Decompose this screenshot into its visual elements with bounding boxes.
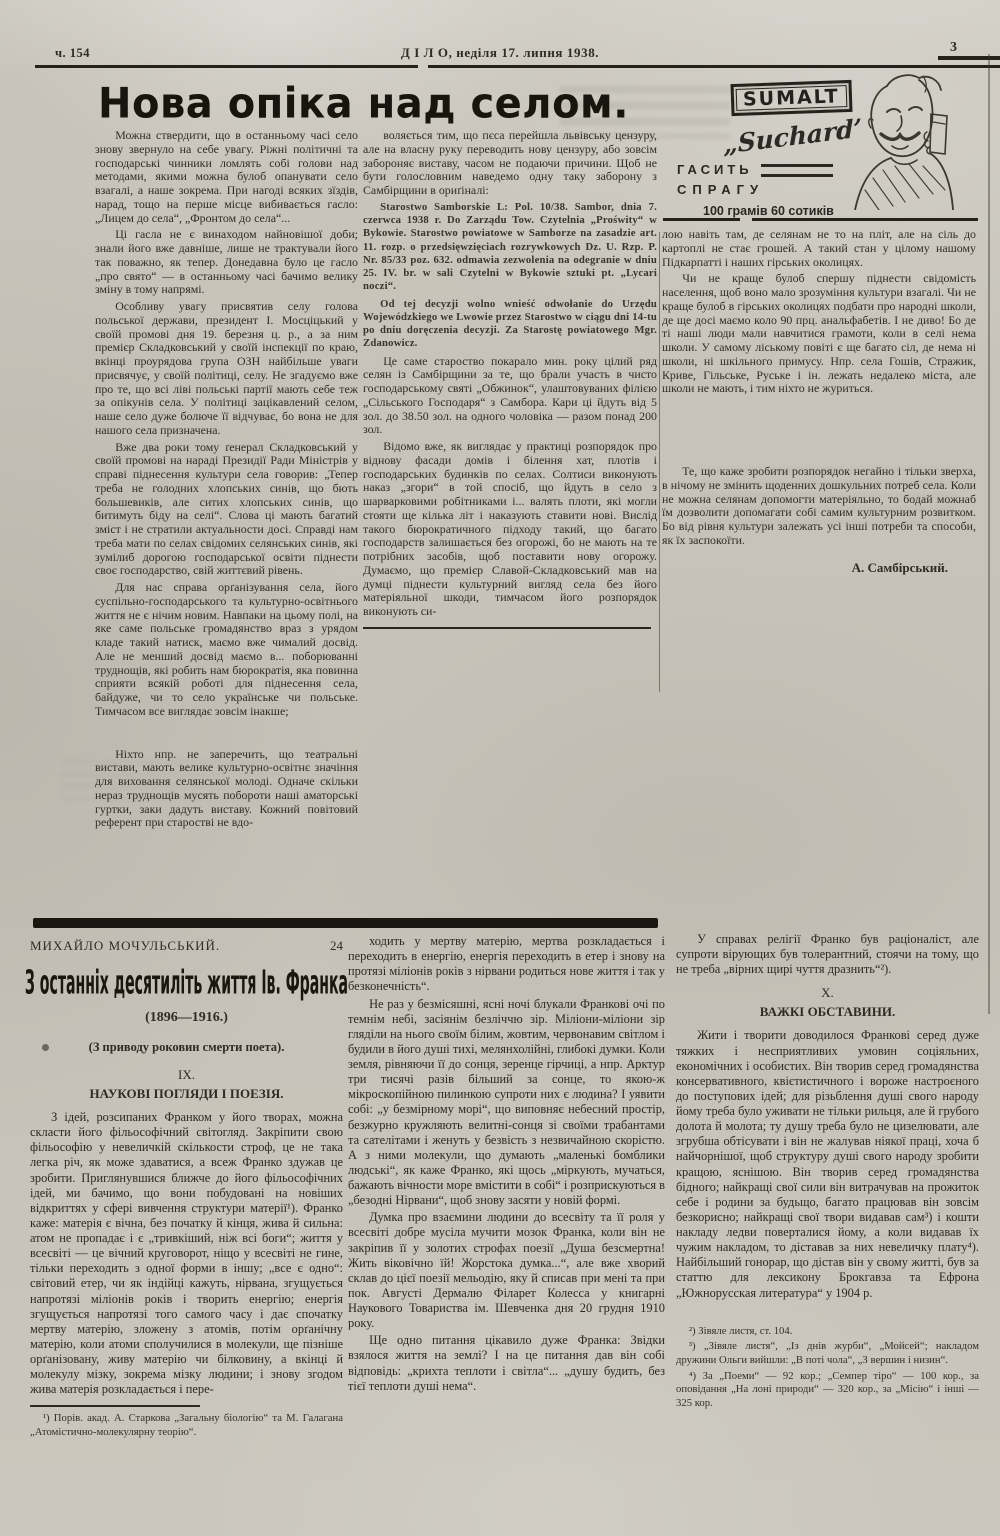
footnote: ⁴) За „Поеми“ — 92 кор.; „Семпер тіро“ —… <box>676 1370 979 1411</box>
ad-price: 100 грамів 60 сотиків <box>703 204 834 218</box>
article-paragraph: Не раз у безмісяшні, ясні ночі блукали Ф… <box>348 997 665 1209</box>
page-edge-rule <box>988 54 990 1014</box>
issue-number: ч. 154 <box>55 46 90 61</box>
column-gap <box>662 399 976 465</box>
ink-spot <box>42 1044 49 1051</box>
footnote: ²) Зівяле листя, ст. 104. <box>676 1325 979 1339</box>
author-name: МИХАЙЛО МОЧУЛЬСЬКИЙ. <box>30 938 220 954</box>
article-column-2: воляється тим, що пєса перейшла львівськ… <box>363 129 657 629</box>
article-paragraph: У справах релігії Франко був раціоналіст… <box>676 932 979 977</box>
installment-number: 24 <box>330 938 343 954</box>
sumalt-logo: SUMALT <box>730 80 852 116</box>
article-paragraph: Особливу увагу присвятив селу голова пол… <box>95 300 358 438</box>
section-number: X. <box>676 985 979 1001</box>
official-decree-text: Starostwo Samborskie L: Pol. 10/38. Samb… <box>363 201 657 294</box>
masthead: Д І Л О, неділя 17. липня 1938. <box>300 45 700 61</box>
byline-row: МИХАЙЛО МОЧУЛЬСЬКИЙ. 24 <box>30 938 343 954</box>
article-paragraph: Чи не краще булоб спершу піднести свідом… <box>662 272 976 396</box>
column-separator <box>659 232 660 692</box>
column-gap <box>95 722 358 748</box>
header-rule <box>938 56 1000 60</box>
article-headline: Нова опіка над селом. <box>98 80 629 128</box>
article-paragraph: Те, що каже зробити розпорядок негайно і… <box>662 465 976 548</box>
article-paragraph: воляється тим, що пєса перейшла львівськ… <box>363 129 657 198</box>
article-paragraph: Ці гасла не є винаходом найновішої доби;… <box>95 228 358 297</box>
article-paragraph: Ніхто нпр. не заперечить, що театральні … <box>95 748 358 831</box>
newspaper-page: ч. 154 Д І Л О, неділя 17. липня 1938. 3… <box>0 0 1000 1536</box>
section-title: НАУКОВІ ПОГЛЯДИ І ПОЕЗІЯ. <box>30 1086 343 1102</box>
ad-divider-rule <box>752 218 978 221</box>
franko-column-2: ходить у мертву матерію, мертва розклада… <box>348 934 665 1396</box>
article-paragraph: З ідей, розсипаних Франком у його творах… <box>30 1110 343 1397</box>
series-years: (1896—1916.) <box>30 1010 343 1026</box>
section-title: ВАЖКІ ОБСТАВИНИ. <box>676 1004 979 1020</box>
article-paragraph: Вже два роки тому ґенерал Складковський … <box>95 441 358 579</box>
franko-column-3: У справах релігії Франко був раціоналіст… <box>676 932 979 1413</box>
article-paragraph: Думка про взаємини людини до всесвіту та… <box>348 1210 665 1331</box>
article-paragraph: Можна ствердити, що в останньому часі се… <box>95 129 358 225</box>
article-column-1: Можна ствердити, що в останньому часі се… <box>95 129 358 833</box>
article-paragraph: Ще одно питання цікавило дуже Франка: Зв… <box>348 1333 665 1394</box>
series-occasion: (З приводу роковин смерти поета). <box>30 1040 343 1055</box>
article-column-3: лою навіть там, де селянам не то на пліт… <box>662 228 976 576</box>
author-signature: А. Самбірський. <box>662 560 976 576</box>
footnotes-block: ²) Зівяле листя, ст. 104. ³) „Зівяле лис… <box>676 1325 979 1411</box>
ad-divider-rule <box>663 218 740 221</box>
article-paragraph: Це саме староство покарало мин. року ціл… <box>363 355 657 438</box>
section-divider-bar <box>33 918 658 928</box>
article-paragraph: ходить у мертву матерію, мертва розклада… <box>348 934 665 995</box>
footnote: ¹) Порів. акад. А. Старкова „Загальну бі… <box>30 1412 343 1439</box>
ad-decorative-lines <box>761 164 833 177</box>
section-number: IX. <box>30 1067 343 1083</box>
official-decree-text: Od tej decyzji wolno wnieść odwołanie do… <box>363 298 657 351</box>
footnote: ³) „Зівяле листя“, „Із днів журби“, „Мой… <box>676 1340 979 1367</box>
suchard-man-icon <box>835 70 975 210</box>
article-paragraph: лою навіть там, де селянам не то на пліт… <box>662 228 976 269</box>
page-number: 3 <box>950 40 957 56</box>
series-title-wrap: З останніх десятиліть життя Ів. Франка <box>30 962 343 1004</box>
footnote-rule <box>30 1405 200 1407</box>
header-rule <box>428 65 1000 68</box>
ad-tagline-line2: СПРАГУ <box>677 182 764 197</box>
article-paragraph: Відомо вже, як виглядає у практиці розпо… <box>363 440 657 619</box>
article-paragraph: Жити і творити доводилося Франкові серед… <box>676 1028 979 1300</box>
article-paragraph: Для нас справа орґанізування села, його … <box>95 581 358 719</box>
article-end-rule <box>363 627 651 629</box>
franko-column-1: МИХАЙЛО МОЧУЛЬСЬКИЙ. 24 З останніх десят… <box>30 938 343 1442</box>
header-rule <box>35 65 418 68</box>
suchard-ad: SUMALT „Suchard’ ГАСИТЬ СПРАГУ 100 грамі… <box>663 74 978 216</box>
ad-tagline-line1: ГАСИТЬ <box>677 162 753 177</box>
series-title: З останніх десятиліть життя Ів. Франка <box>25 964 348 1002</box>
